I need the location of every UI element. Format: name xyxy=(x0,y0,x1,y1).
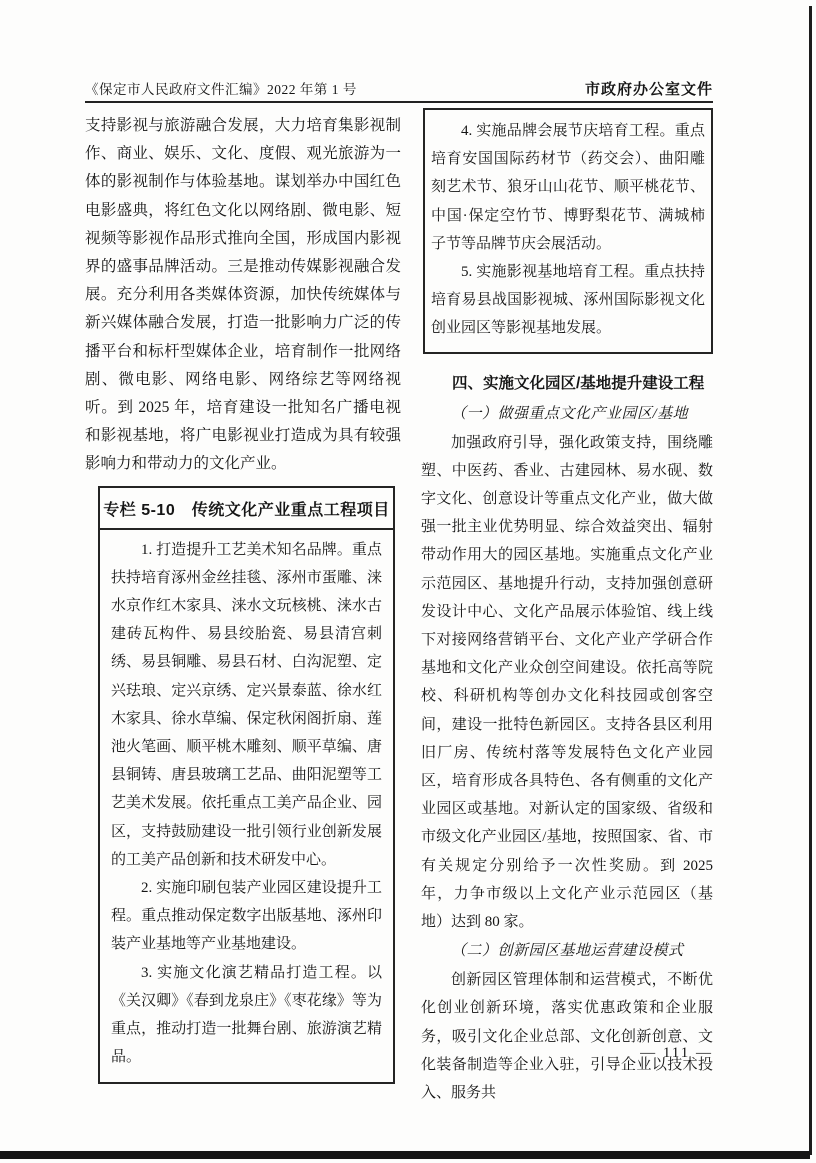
feature-box-title: 专栏 5-10 传统文化产业重点工程项目 xyxy=(100,488,393,530)
page-number: — 111 — xyxy=(0,1045,713,1062)
feature-box-item-5: 5. 实施影视基地培育工程。重点扶持培育易县战国影视城、涿州国际影视文化创业园区… xyxy=(431,258,705,343)
subsection-heading-1: （一）做强重点文化产业园区/基地 xyxy=(421,399,713,429)
header-rule xyxy=(85,101,713,103)
page-header: 《保定市人民政府文件汇编》2022 年第 1 号 市政府办公室文件 xyxy=(85,78,713,99)
scan-edge-right xyxy=(809,6,812,1155)
paragraph-1: 加强政府引导，强化政策支持，围绕雕塑、中医药、香业、古建园林、易水砚、数字文化、… xyxy=(421,429,713,937)
section-heading-4: 四、实施文化园区/基地提升建设工程 xyxy=(421,369,713,399)
left-column: 支持影视与旅游融合发展，大力培育集影视制作、商业、娱乐、文化、度假、观光旅游为一… xyxy=(85,112,401,1084)
scan-edge-bottom xyxy=(0,1151,810,1159)
feature-box-item-1: 1. 打造提升工艺美术知名品牌。重点扶持培育涿州金丝挂毯、涿州市蛋雕、涞水京作红… xyxy=(111,536,382,874)
feature-box-item-4: 4. 实施品牌会展节庆培育工程。重点培育安国国际药材节（药交会）、曲阳雕刻艺术节… xyxy=(431,117,705,258)
document-page: 《保定市人民政府文件汇编》2022 年第 1 号 市政府办公室文件 支持影视与旅… xyxy=(0,0,816,1163)
paragraph-2: 创新园区管理体制和运营模式，不断优化创业创新环境，落实优惠政策和企业服务，吸引文… xyxy=(421,966,713,1107)
feature-box-item-2: 2. 实施印刷包装产业园区建设提升工程。重点推动保定数字出版基地、涿州印装产业基… xyxy=(111,874,382,959)
subsection-heading-2: （二）创新园区基地运营建设模式 xyxy=(421,936,713,966)
feature-box-continuation: 4. 实施品牌会展节庆培育工程。重点培育安国国际药材节（药交会）、曲阳雕刻艺术节… xyxy=(423,108,713,354)
header-left-text: 《保定市人民政府文件汇编》2022 年第 1 号 xyxy=(85,78,357,98)
right-column: 4. 实施品牌会展节庆培育工程。重点培育安国国际药材节（药交会）、曲阳雕刻艺术节… xyxy=(421,108,713,1107)
continuation-paragraph: 支持影视与旅游融合发展，大力培育集影视制作、商业、娱乐、文化、度假、观光旅游为一… xyxy=(85,112,401,479)
feature-box-5-10: 专栏 5-10 传统文化产业重点工程项目 1. 打造提升工艺美术知名品牌。重点扶… xyxy=(98,486,395,1084)
header-right-text: 市政府办公室文件 xyxy=(585,78,713,99)
feature-box-body: 1. 打造提升工艺美术知名品牌。重点扶持培育涿州金丝挂毯、涿州市蛋雕、涞水京作红… xyxy=(100,530,393,1082)
